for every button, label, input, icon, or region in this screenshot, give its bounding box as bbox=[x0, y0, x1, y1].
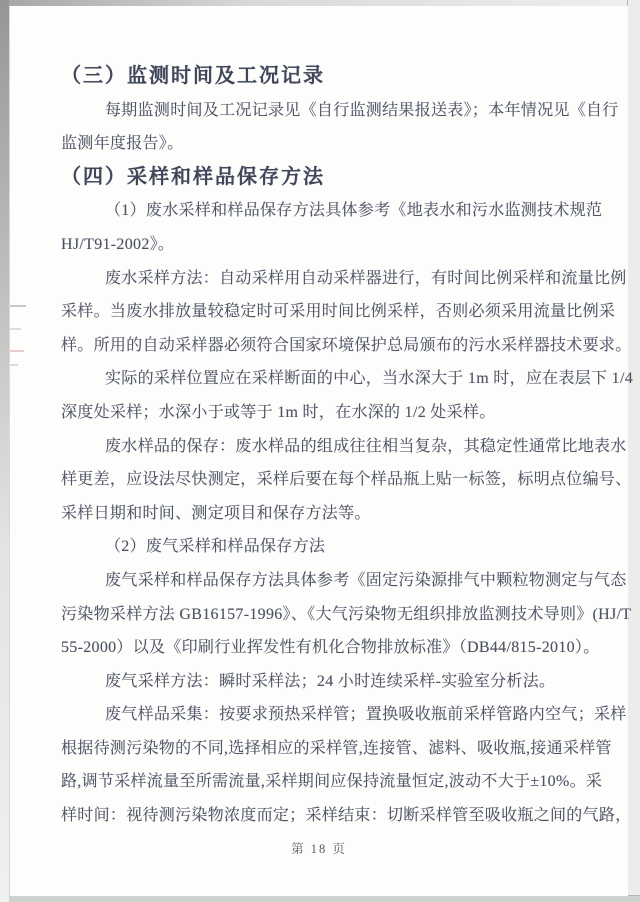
scan-artifact bbox=[10, 350, 24, 352]
document-line: 实际的采样位置应在采样断面的中心，当水深大于 1m 时，应在表层下 1/4 bbox=[61, 362, 617, 396]
document-line: 根据待测污染物的不同,选择相应的采样管,连接管、滤料、吸收瓶,接通采样管 bbox=[61, 732, 617, 766]
document-line: 污染物采样方法 GB16157-1996》、《大气污染物无组织排放监测技术导则》… bbox=[61, 598, 617, 632]
page-number-footer: 第 18 页 bbox=[10, 839, 628, 857]
document-line: 样更差，应设法尽快测定，采样后要在每个样品瓶上贴一标签，标明点位编号、 bbox=[61, 463, 617, 497]
document-line: 废水样品的保存：废水样品的组成往往相当复杂，其稳定性通常比地表水 bbox=[61, 430, 617, 464]
document-line: 废气样品采集：按要求预热采样管；置换吸收瓶前采样管路内空气；采样 bbox=[61, 698, 617, 732]
document-page: （三）监测时间及工况记录每期监测时间及工况记录见《自行监测结果报送表》；本年情况… bbox=[9, 6, 628, 896]
document-line: 55-2000）以及《印刷行业挥发性有机化合物排放标准》（DB44/815-20… bbox=[61, 631, 617, 665]
document-line: 采样。当废水排放量较稳定时可采用时间比例采样，否则必须采用流量比例采 bbox=[61, 295, 617, 329]
document-line: 监测年度报告》。 bbox=[61, 127, 617, 161]
scan-artifact bbox=[10, 364, 18, 366]
document-line: HJ/T91-2002》。 bbox=[61, 228, 617, 262]
scan-edge-bottom bbox=[0, 895, 640, 902]
document-line: 深度处采样；水深小于或等于 1m 时，在水深的 1/2 处采样。 bbox=[61, 396, 617, 430]
document-line: 路,调节采样流量至所需流量,采样期间应保持流量恒定,波动不大于±10%。采 bbox=[61, 765, 617, 799]
section-heading: （三）监测时间及工况记录 bbox=[61, 60, 617, 94]
scanned-page-background: （三）监测时间及工况记录每期监测时间及工况记录见《自行监测结果报送表》；本年情况… bbox=[0, 0, 640, 902]
document-line: 样。所用的自动采样器必须符合国家环境保护总局颁布的污水采样器技术要求。 bbox=[61, 329, 617, 363]
document-body: （三）监测时间及工况记录每期监测时间及工况记录见《自行监测结果报送表》；本年情况… bbox=[61, 60, 617, 833]
document-line: 废气采样方法：瞬时采样法；24 小时连续采样-实验室分析法。 bbox=[61, 665, 617, 699]
document-line: （2）废气采样和样品保存方法 bbox=[61, 530, 617, 564]
scan-edge-left bbox=[0, 0, 9, 902]
section-heading: （四）采样和样品保存方法 bbox=[61, 161, 617, 195]
document-line: 每期监测时间及工况记录见《自行监测结果报送表》；本年情况见《自行 bbox=[61, 94, 617, 128]
document-line: 废气采样和样品保存方法具体参考《固定污染源排气中颗粒物测定与气态 bbox=[61, 564, 617, 598]
document-line: （1）废水采样和样品保存方法具体参考《地表水和污水监测技术规范 bbox=[61, 194, 617, 228]
document-line: 样时间：视待测污染物浓度而定；采样结束：切断采样管至吸收瓶之间的气路， bbox=[61, 799, 617, 833]
document-line: 采样日期和时间、测定项目和保存方法等。 bbox=[61, 497, 617, 531]
scan-artifact bbox=[10, 328, 21, 330]
scan-artifact bbox=[10, 305, 26, 307]
scan-edge-right bbox=[627, 0, 640, 902]
document-line: 废水采样方法：自动采样用自动采样器进行，有时间比例采样和流量比例 bbox=[61, 262, 617, 296]
